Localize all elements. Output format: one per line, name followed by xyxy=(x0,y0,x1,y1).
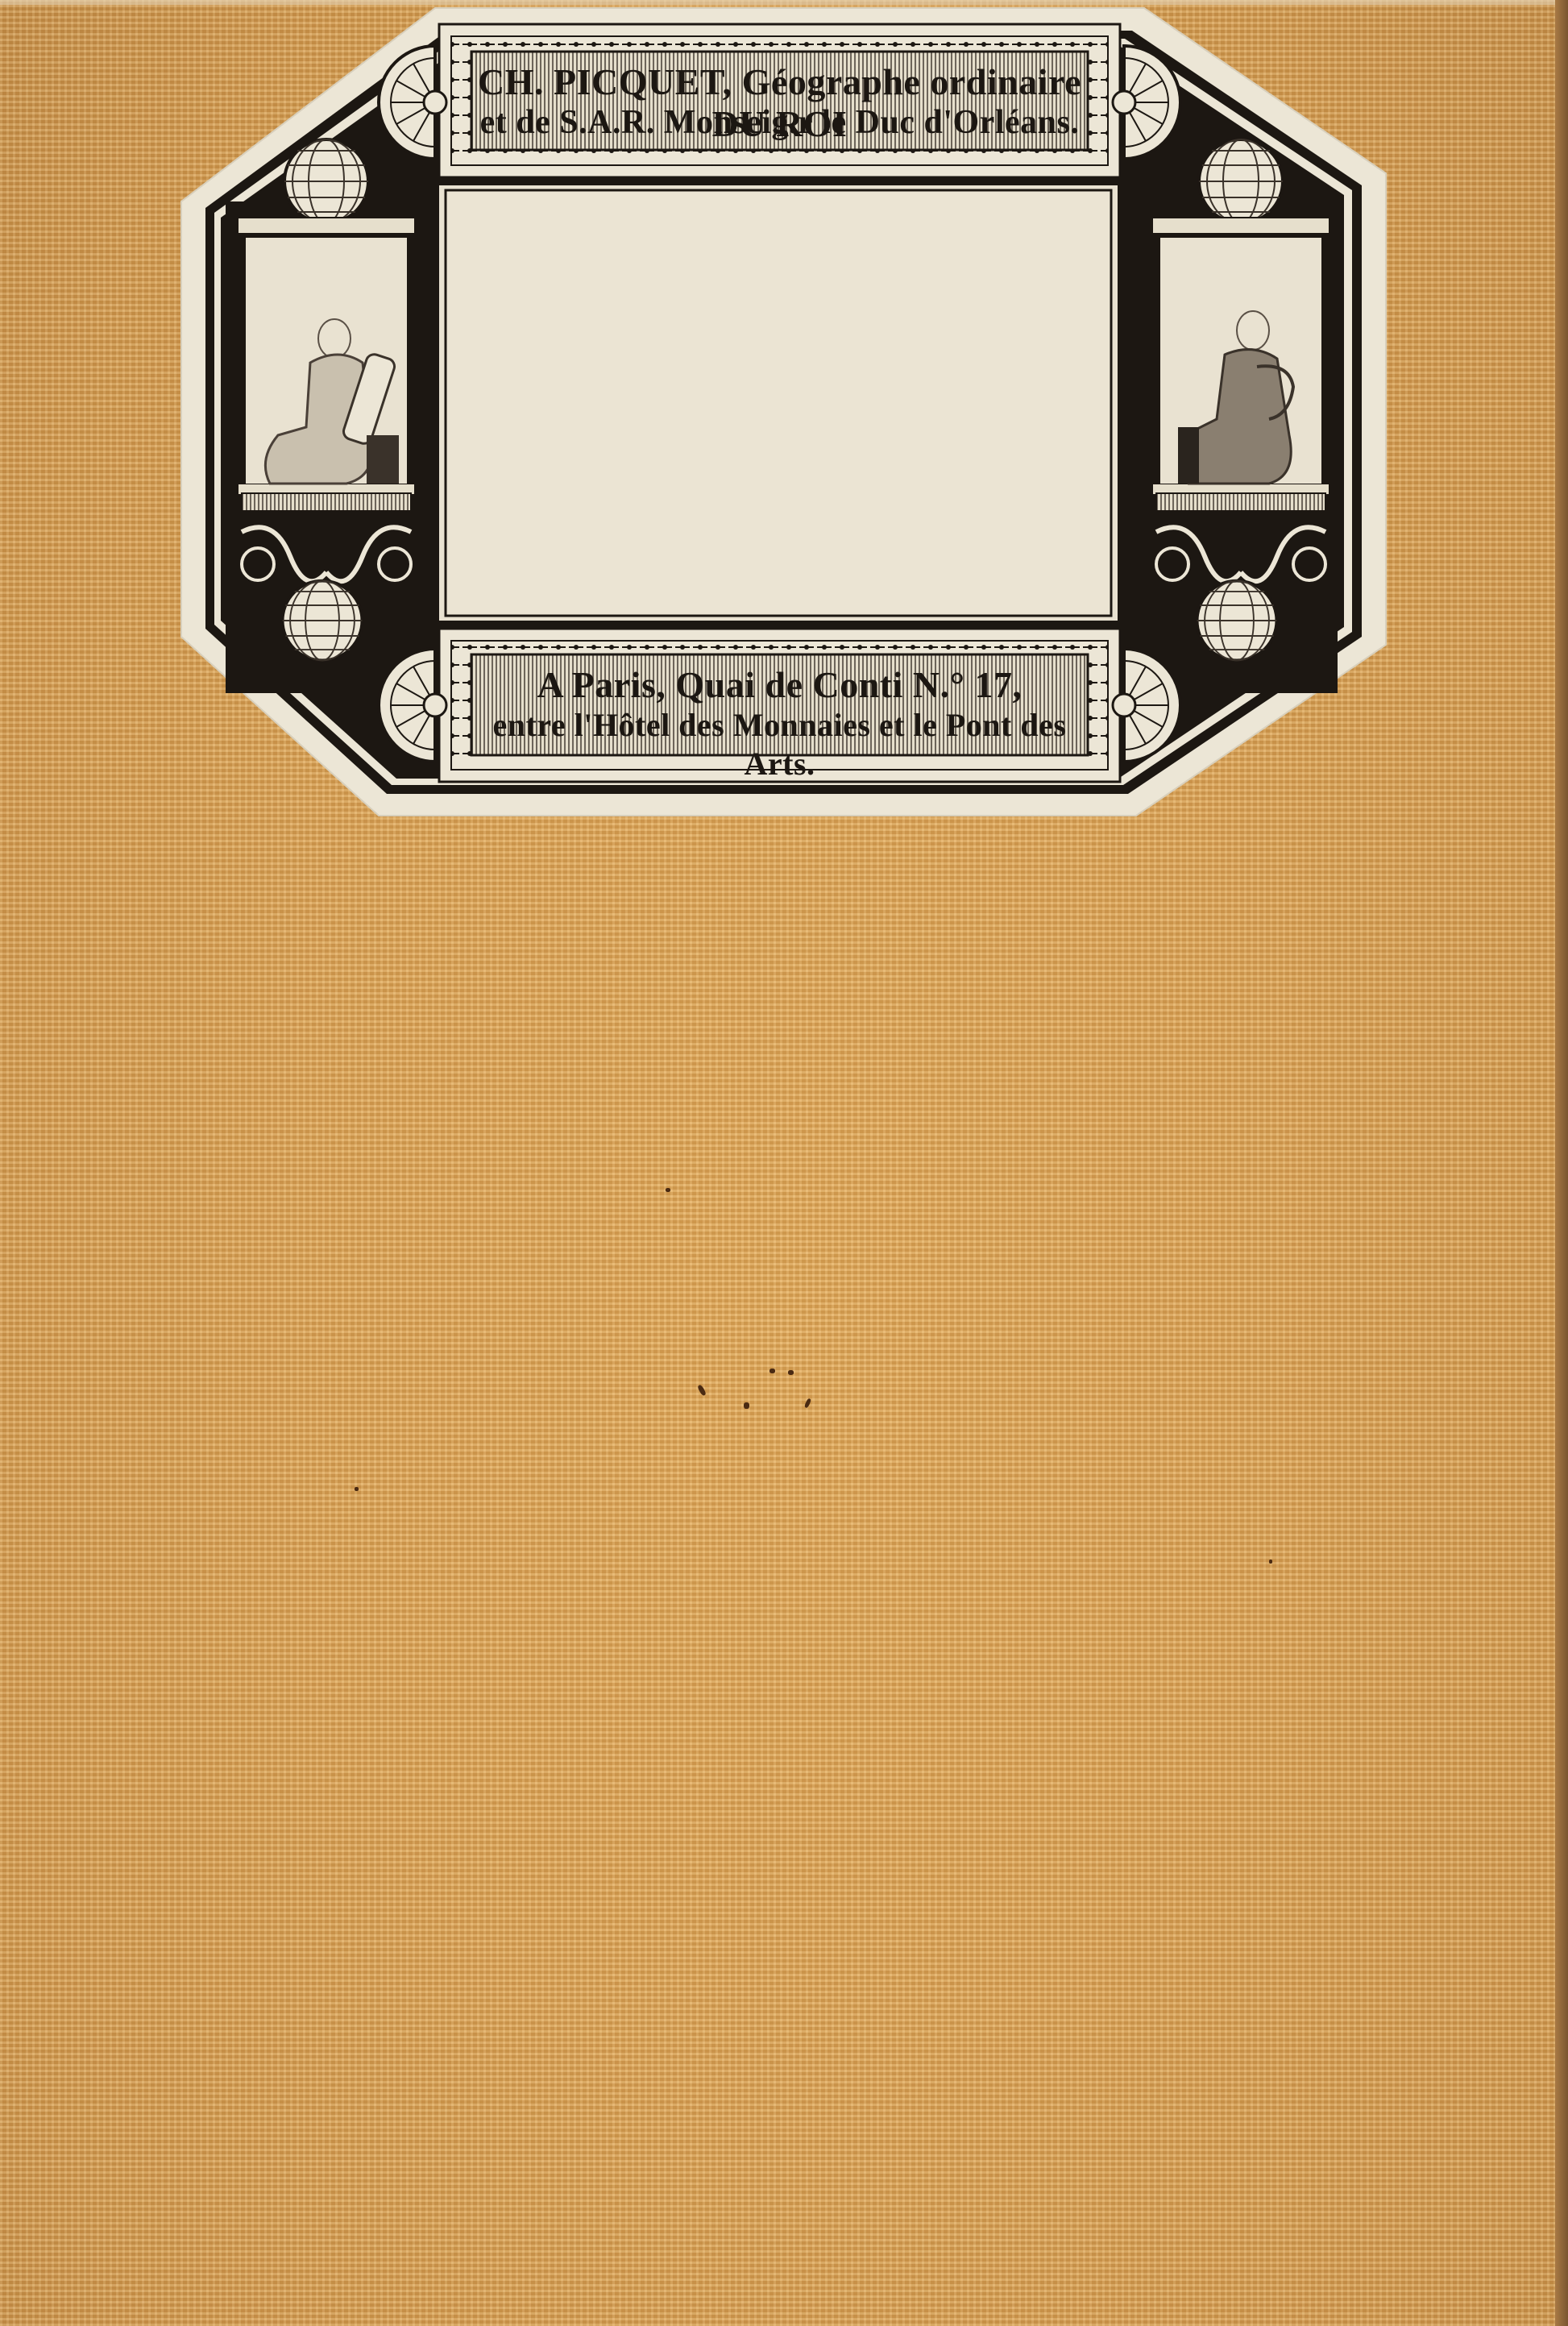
bottom-banner-line-1: A Paris, Quai de Conti N.° 17, xyxy=(471,664,1088,706)
bottom-banner-text: A Paris, Quai de Conti N.° 17, entre l'H… xyxy=(471,654,1088,755)
stain-speck xyxy=(788,1370,794,1375)
top-banner-text: CH. PICQUET, Géographe ordinaire DU ROI … xyxy=(471,52,1088,150)
stain-speck xyxy=(744,1402,749,1409)
stain-speck xyxy=(769,1369,775,1373)
globe-icon xyxy=(1197,581,1277,661)
stain-speck xyxy=(1269,1560,1272,1564)
globe-icon xyxy=(284,139,368,223)
stain-speck xyxy=(355,1487,359,1491)
globe-icon xyxy=(1199,139,1283,223)
stain-speck xyxy=(666,1188,670,1192)
top-banner-line-2: et de S.A.R. Monseig.r le Duc d'Orléans. xyxy=(471,103,1088,142)
bottom-banner-line-2: entre l'Hôtel des Monnaies et le Pont de… xyxy=(471,706,1088,783)
center-panel-text xyxy=(446,190,1111,616)
globe-icon xyxy=(283,581,363,661)
